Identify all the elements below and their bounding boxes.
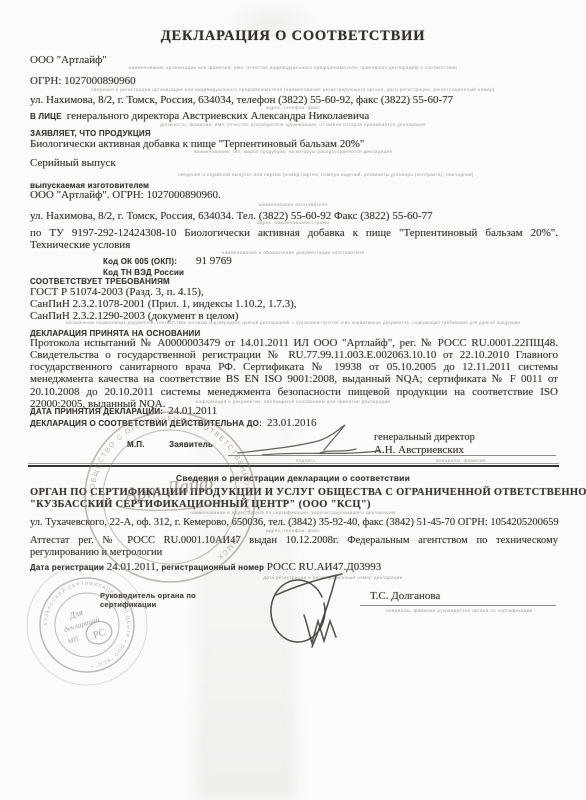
- form-caption: инициалы, фамилия руководителя органа по…: [386, 608, 533, 613]
- product-name: Биологически активная добавка к пище "Те…: [30, 138, 364, 150]
- director-name: А.Н. Австриевских: [374, 444, 464, 456]
- declarations-round-stamp: КУЗБАССКИЙ СЕРТИФИКАЦИОННЫЙ ЦЕНТР • ООО …: [22, 560, 152, 690]
- in-person-value: генерального директора Австриевских Алек…: [67, 110, 370, 122]
- stamp-company-script: Арт Лайф: [121, 472, 214, 506]
- manufacturer-name: ООО "Артлайф". ОГРН: 1027000890960.: [30, 189, 221, 201]
- director-title: генеральный директор: [374, 432, 475, 443]
- scanned-declaration-document: ДЕКЛАРАЦИЯ О СООТВЕТСТВИИ ООО "Артлайф" …: [0, 0, 586, 800]
- cert-head-signature: [266, 571, 361, 661]
- name-line: [362, 455, 556, 456]
- form-caption: наименование, тип, марка продукции, на к…: [0, 149, 586, 154]
- applicant-ogrn: ОГРН: 1027000890960: [30, 75, 136, 87]
- tu-specification: по ТУ 9197-292-12424308-10 Биологически …: [30, 227, 558, 252]
- code-ok-label: Код ОК 005 (ОКП):: [103, 257, 177, 266]
- form-caption: сведения о серийном выпуске или партии (…: [178, 172, 474, 177]
- requirement-item: СанПиН 2.3.2.1078-2001 (Прил. 1, индексы…: [30, 298, 297, 310]
- document-title: ДЕКЛАРАЦИЯ О СООТВЕТСТВИИ: [0, 28, 586, 45]
- code-tn-label: Код ТН ВЭД России: [103, 268, 184, 277]
- form-caption: наименование изготовителя: [0, 202, 586, 207]
- in-person-line: В ЛИЦЕгенерального директора Австриевски…: [30, 110, 369, 122]
- form-caption: наименование и обозначение документации …: [0, 250, 586, 255]
- form-caption: сведения о регистрации организации или и…: [0, 87, 586, 92]
- name-line: [360, 605, 556, 606]
- cert-head-name: Т.С. Долганова: [370, 590, 440, 602]
- stamp-monogram: РС: [92, 627, 107, 641]
- stamp-text-line3: МП: [67, 636, 79, 646]
- form-caption: наименование организации или фамилия, им…: [0, 65, 586, 70]
- form-caption: адрес, наименование страны: [0, 220, 586, 225]
- serial-issue: Серийный выпуск: [30, 157, 116, 169]
- in-person-label: В ЛИЦЕ: [30, 112, 62, 121]
- requirement-item: ГОСТ Р 51074-2003 (Разд. 3, п. 4.15),: [30, 286, 204, 298]
- form-caption: должность, фамилия, имя, отчество руково…: [0, 122, 586, 127]
- form-caption: информация о документах, являющихся осно…: [0, 399, 586, 404]
- code-ok-value: 91 9769: [196, 255, 232, 267]
- form-caption: обозначение нормативных документов, соот…: [0, 320, 586, 325]
